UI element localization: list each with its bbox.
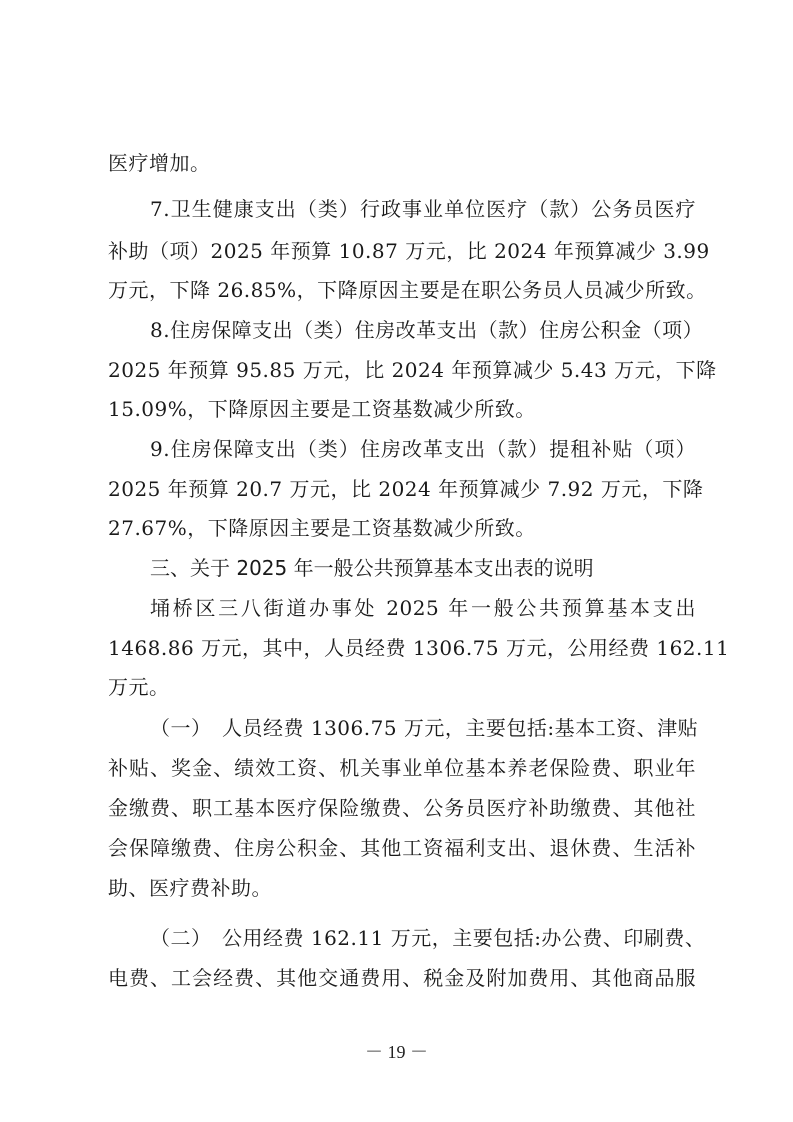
paragraph-line: 27.67%，下降原因主要是工资基数减少所致。	[108, 513, 696, 543]
paragraph-line: 补贴、奖金、绩效工资、机关事业单位基本养老保险费、职业年	[108, 753, 696, 783]
paragraph-line: 9.住房保障支出（类）住房改革支出（款）提租补贴（项）	[150, 434, 696, 464]
paragraph-line: 7.卫生健康支出（类）行政事业单位医疗（款）公务员医疗	[150, 194, 696, 224]
paragraph-line: 助、医疗费补助。	[108, 873, 696, 903]
paragraph-line: （一） 人员经费 1306.75 万元，主要包括:基本工资、津贴	[150, 713, 696, 743]
paragraph-line: 会保障缴费、住房公积金、其他工资福利支出、退休费、生活补	[108, 833, 696, 863]
paragraph-line: 电费、工会经费、其他交通费用、税金及附加费用、其他商品服	[108, 963, 696, 993]
paragraph-line: 补助（项）2025 年预算 10.87 万元，比 2024 年预算减少 3.99	[108, 236, 696, 266]
section-heading: 三、关于 2025 年一般公共预算基本支出表的说明	[150, 553, 696, 583]
paragraph-line: 15.09%，下降原因主要是工资基数减少所致。	[108, 394, 696, 424]
paragraph-line: 医疗增加。	[108, 148, 696, 178]
paragraph-line: （二） 公用经费 162.11 万元，主要包括:办公费、印刷费、	[150, 923, 696, 953]
page-number: － 19 －	[0, 1038, 793, 1064]
paragraph-line: 万元。	[108, 672, 696, 702]
paragraph-line: 1468.86 万元，其中，人员经费 1306.75 万元，公用经费 162.1…	[108, 633, 696, 663]
paragraph-line: 埇桥区三八街道办事处 2025 年一般公共预算基本支出	[150, 593, 696, 623]
paragraph-line: 8.住房保障支出（类）住房改革支出（款）住房公积金（项）	[150, 315, 696, 345]
paragraph-line: 金缴费、职工基本医疗保险缴费、公务员医疗补助缴费、其他社	[108, 793, 696, 823]
paragraph-line: 2025 年预算 20.7 万元，比 2024 年预算减少 7.92 万元，下降	[108, 474, 696, 504]
paragraph-line: 2025 年预算 95.85 万元，比 2024 年预算减少 5.43 万元，下…	[108, 355, 696, 385]
paragraph-line: 万元，下降 26.85%，下降原因主要是在职公务员人员减少所致。	[108, 275, 696, 305]
